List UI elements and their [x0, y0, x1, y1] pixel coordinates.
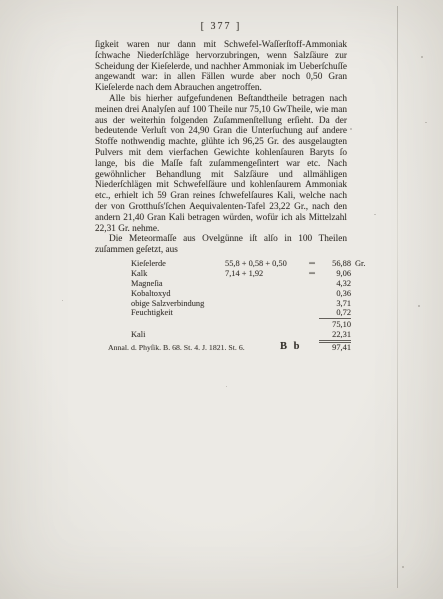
row-label: Feuchtigkeit: [131, 308, 225, 317]
body-paragraph: ſigkeit waren nur dann mit Schwefel-Waſſ…: [95, 40, 347, 94]
scan-speck: [374, 214, 376, 215]
footer-imprint: Annal. d. Phyſik. B. 68. St. 4. J. 1821.…: [108, 343, 348, 352]
row-label: Kali: [131, 330, 225, 339]
scan-speck: [62, 300, 63, 301]
body-paragraph: Die Meteormaſſe aus Ovelgünne iſt alſo i…: [95, 234, 347, 256]
row-value: 4,32: [319, 279, 351, 288]
equals-sign: =: [302, 259, 323, 268]
scan-speck: [226, 386, 227, 387]
equals-sign: =: [302, 269, 323, 278]
row-label: obige Salzverbindung: [131, 299, 225, 308]
scanned-page: [ 377 ] ſigkeit waren nur dann mit Schwe…: [0, 0, 443, 599]
page-edge-shadow: [397, 6, 398, 588]
row-label: Kobaltoxyd: [131, 289, 225, 298]
row-unit: Gr.: [355, 259, 365, 268]
table-row: Kalk 7,14 + 1,92 = 9,06: [131, 269, 347, 278]
row-label: Kalk: [131, 269, 225, 278]
table-row: Feuchtigkeit 0,72: [131, 308, 347, 317]
page-number: [ 377 ]: [95, 21, 347, 32]
scan-speck: [402, 566, 404, 568]
scan-speck: [425, 122, 427, 123]
table-row: obige Salzverbindung 3,71: [131, 299, 347, 308]
row-value: 9,06: [319, 269, 351, 278]
row-value: 3,71: [319, 299, 351, 308]
scan-speck: [418, 305, 420, 307]
scan-speck: [350, 128, 352, 130]
row-value: 22,31: [319, 330, 351, 339]
table-subtotal-row: 75,10: [131, 318, 347, 329]
table-row: Kieſelerde 55,8 + 0,58 + 0,50 = 56,88 Gr…: [131, 259, 347, 268]
row-value: 0,36: [319, 289, 351, 298]
scan-speck: [421, 56, 423, 58]
text-block: ſigkeit waren nur dann mit Schwefel-Waſſ…: [95, 40, 347, 353]
row-formula: 55,8 + 0,58 + 0,50: [225, 259, 305, 268]
table-row: Kobaltoxyd 0,36: [131, 289, 347, 298]
table-row: Magneſia 4,32: [131, 279, 347, 288]
table-row: Kali 22,31: [131, 330, 347, 339]
row-value: 0,72: [319, 308, 351, 317]
signature-mark: B b: [280, 341, 301, 352]
composition-table: Kieſelerde 55,8 + 0,58 + 0,50 = 56,88 Gr…: [131, 259, 347, 352]
row-label: Magneſia: [131, 279, 225, 288]
row-value: 56,88: [319, 259, 351, 268]
row-label: Kieſelerde: [131, 259, 225, 268]
row-formula: 7,14 + 1,92: [225, 269, 305, 278]
body-paragraph: Alle bis hierher aufgefundenen Beſtandth…: [95, 94, 347, 234]
subtotal-value: 75,10: [319, 318, 351, 329]
